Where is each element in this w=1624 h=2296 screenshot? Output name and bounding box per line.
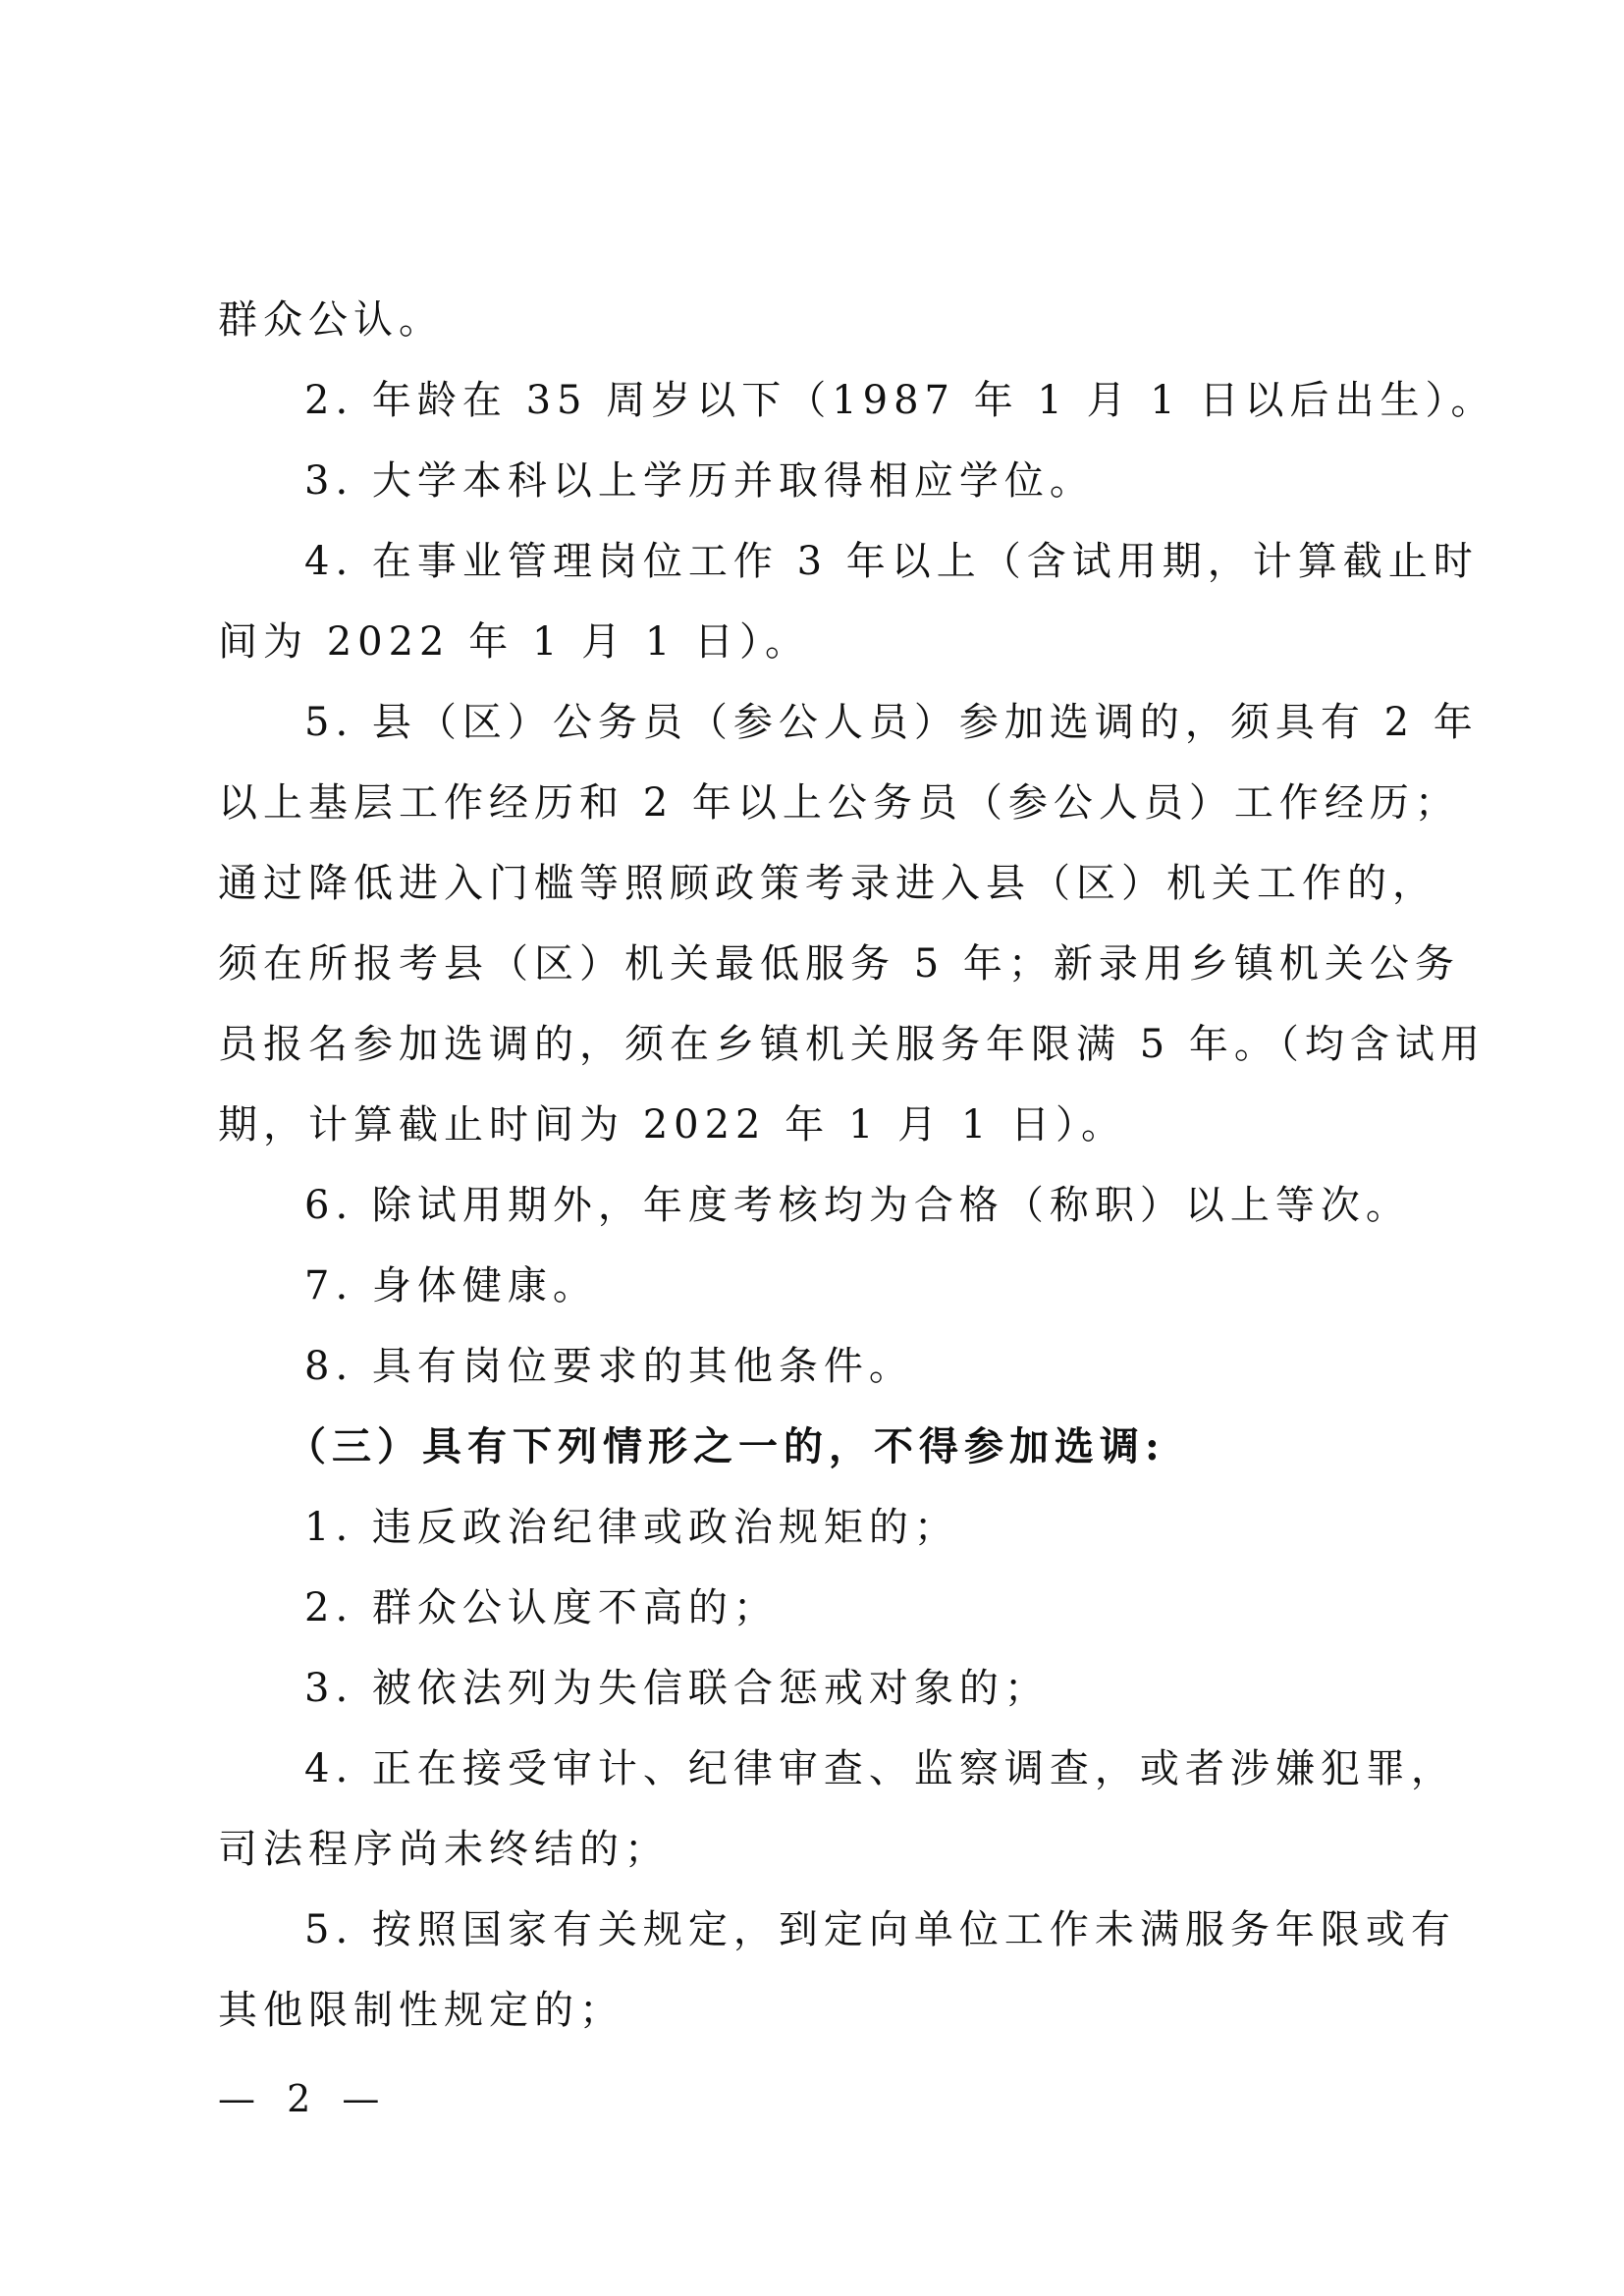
paragraph-line: 间为 2022 年 1 月 1 日）。 [218, 613, 810, 671]
paragraph-line: 3. 被依法列为失信联合惩戒对象的； [304, 1659, 1050, 1718]
paragraph-line: 6. 除试用期外，年度考核均为合格（称职）以上等次。 [304, 1176, 1411, 1235]
paragraph-line: 2. 年龄在 35 周岁以下（1987 年 1 月 1 日以后出生）。 [304, 371, 1495, 430]
paragraph-line: 4. 正在接受审计、纪律审查、监察调查，或者涉嫌犯罪， [304, 1739, 1456, 1798]
paragraph-line: 其他限制性规定的； [218, 1981, 624, 2040]
paragraph-line: 3. 大学本科以上学历并取得相应学位。 [304, 452, 1095, 510]
paragraph-line: 2. 群众公认度不高的； [304, 1578, 779, 1637]
paragraph-line: 群众公认。 [218, 291, 444, 349]
paragraph-line: 通过降低进入门槛等照顾政策考录进入县（区）机关工作的， [218, 854, 1437, 913]
paragraph-line: 5. 按照国家有关规定，到定向单位工作未满服务年限或有 [304, 1900, 1456, 1959]
section-heading: （三）具有下列情形之一的，不得参加选调: [287, 1417, 1165, 1476]
paragraph-line: 员报名参加选调的，须在乡镇机关服务年限满 5 年。（均含试用 [218, 1015, 1486, 1074]
paragraph-line: 8. 具有岗位要求的其他条件。 [304, 1337, 914, 1396]
paragraph-line: 以上基层工作经历和 2 年以上公务员（参公人员）工作经历； [218, 774, 1460, 832]
paragraph-line: 1. 违反政治纪律或政治规矩的； [304, 1498, 959, 1557]
paragraph-line: 司法程序尚未终结的； [218, 1820, 670, 1879]
paragraph-line: 4. 在事业管理岗位工作 3 年以上（含试用期，计算截止时 [304, 532, 1479, 591]
paragraph-line: 期，计算截止时间为 2022 年 1 月 1 日）。 [218, 1095, 1126, 1154]
paragraph-line: 须在所报考县（区）机关最低服务 5 年；新录用乡镇机关公务 [218, 934, 1460, 993]
paragraph-line: 5. 县（区）公务员（参公人员）参加选调的，须具有 2 年 [304, 693, 1479, 752]
page-number: — 2 — [218, 2074, 389, 2123]
paragraph-line: 7. 身体健康。 [304, 1256, 598, 1315]
